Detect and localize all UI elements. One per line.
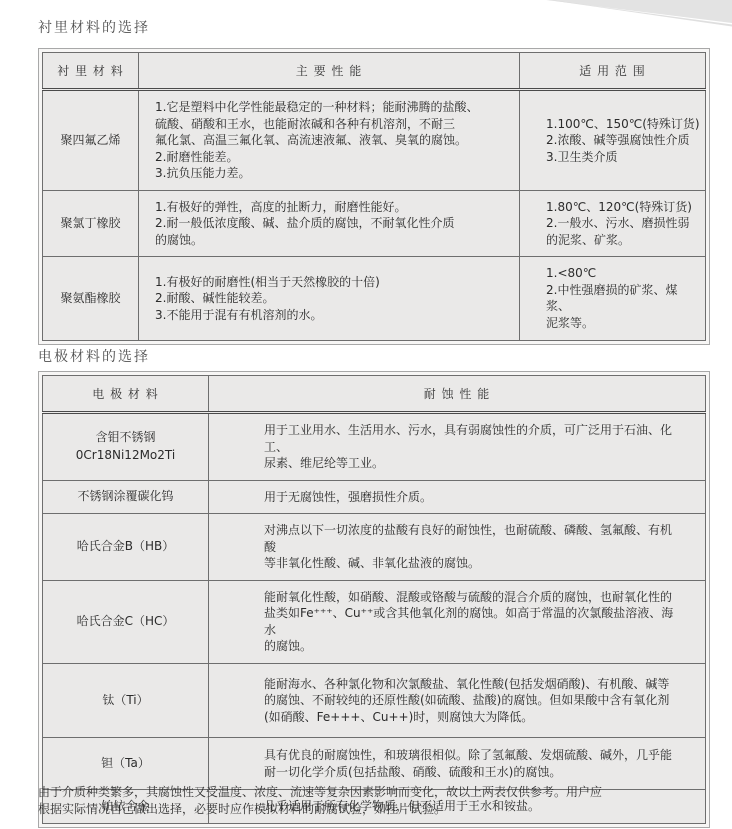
- material-name-cell: 聚氯丁橡胶: [43, 190, 139, 257]
- performance-cell: 具有优良的耐腐蚀性，和玻璃很相似。除了氢氟酸、发烟硫酸、碱外，几乎能 耐一切化学…: [209, 738, 706, 790]
- column-header-lining-material: 衬 里 材 料: [43, 53, 139, 90]
- performance-cell: 用于工业用水、生活用水、污水，具有弱腐蚀性的介质，可广泛用于石油、化工、 尿素、…: [209, 413, 706, 481]
- table-row: 聚氯丁橡胶 1.有极好的弹性，高度的扯断力，耐磨性能好。 2.耐一般低浓度酸、碱…: [43, 190, 706, 257]
- lining-section-title: 衬里材料的选择: [38, 17, 150, 37]
- column-header-corrosion-resistance: 耐 蚀 性 能: [209, 376, 706, 413]
- table-row: 不锈钢涂覆碳化钨 用于无腐蚀性，强磨损性介质。: [43, 480, 706, 514]
- scope-cell: 1.100℃、150℃(特殊订货) 2.浓酸、碱等强腐蚀性介质 3.卫生类介质: [520, 90, 706, 191]
- column-header-application-scope: 适 用 范 围: [520, 53, 706, 90]
- electrode-materials-table: 电 极 材 料 耐 蚀 性 能 含钼不锈钢 0Cr18Ni12Mo2Ti 用于工…: [38, 371, 710, 828]
- electrode-section-title: 电极材料的选择: [38, 346, 150, 366]
- properties-cell: 1.它是塑料中化学性能最稳定的一种材料；能耐沸腾的盐酸、 硫酸、硝酸和王水，也能…: [139, 90, 520, 191]
- lining-materials-table: 衬 里 材 料 主 要 性 能 适 用 范 围 聚四氟乙烯 1.它是塑料中化学性…: [38, 48, 710, 345]
- material-name-cell: 聚四氟乙烯: [43, 90, 139, 191]
- table-row: 钽（Ta） 具有优良的耐腐蚀性，和玻璃很相似。除了氢氟酸、发烟硫酸、碱外，几乎能…: [43, 738, 706, 790]
- properties-cell: 1.有极好的耐磨性(相当于天然橡胶的十倍) 2.耐酸、碱性能较差。 3.不能用于…: [139, 257, 520, 340]
- table-header-row: 电 极 材 料 耐 蚀 性 能: [43, 376, 706, 413]
- footer-note: 由于介质种类繁多，其腐蚀性又受温度、浓度、流速等复杂因素影响而变化，故以上两表仅…: [38, 784, 698, 818]
- scope-cell: 1.80℃、120℃(特殊订货) 2.一般水、污水、磨损性弱 的泥浆、矿浆。: [520, 190, 706, 257]
- material-name-cell: 含钼不锈钢 0Cr18Ni12Mo2Ti: [43, 413, 209, 481]
- properties-cell: 1.有极好的弹性，高度的扯断力，耐磨性能好。 2.耐一般低浓度酸、碱、盐介质的腐…: [139, 190, 520, 257]
- page-corner-scan-artifact: [546, 0, 732, 32]
- performance-cell: 对沸点以下一切浓度的盐酸有良好的耐蚀性，也耐硫酸、磷酸、氢氟酸、有机酸 等非氧化…: [209, 514, 706, 581]
- material-name-cell: 钽（Ta）: [43, 738, 209, 790]
- table-row: 哈氏合金B（HB） 对沸点以下一切浓度的盐酸有良好的耐蚀性，也耐硫酸、磷酸、氢氟…: [43, 514, 706, 581]
- scope-cell: 1.<80℃ 2.中性强磨损的矿浆、煤浆、 泥浆等。: [520, 257, 706, 340]
- material-name-cell: 哈氏合金B（HB）: [43, 514, 209, 581]
- table-row: 含钼不锈钢 0Cr18Ni12Mo2Ti 用于工业用水、生活用水、污水，具有弱腐…: [43, 413, 706, 481]
- material-name-cell: 钛（Ti）: [43, 664, 209, 738]
- material-name-cell: 不锈钢涂覆碳化钨: [43, 480, 209, 514]
- column-header-main-properties: 主 要 性 能: [139, 53, 520, 90]
- table-row: 钛（Ti） 能耐海水、各种氯化物和次氯酸盐、氧化性酸(包括发烟硝酸)、有机酸、碱…: [43, 664, 706, 738]
- performance-cell: 用于无腐蚀性，强磨损性介质。: [209, 480, 706, 514]
- column-header-electrode-material: 电 极 材 料: [43, 376, 209, 413]
- table-row: 哈氏合金C（HC） 能耐氧化性酸，如硝酸、混酸或铬酸与硫酸的混合介质的腐蚀，也耐…: [43, 580, 706, 663]
- table-header-row: 衬 里 材 料 主 要 性 能 适 用 范 围: [43, 53, 706, 90]
- performance-cell: 能耐氧化性酸，如硝酸、混酸或铬酸与硫酸的混合介质的腐蚀，也耐氧化性的 盐类如Fe…: [209, 580, 706, 663]
- material-name-cell: 聚氨酯橡胶: [43, 257, 139, 340]
- table-row: 聚四氟乙烯 1.它是塑料中化学性能最稳定的一种材料；能耐沸腾的盐酸、 硫酸、硝酸…: [43, 90, 706, 191]
- performance-cell: 能耐海水、各种氯化物和次氯酸盐、氧化性酸(包括发烟硝酸)、有机酸、碱等 的腐蚀、…: [209, 664, 706, 738]
- material-name-cell: 哈氏合金C（HC）: [43, 580, 209, 663]
- table-row: 聚氨酯橡胶 1.有极好的耐磨性(相当于天然橡胶的十倍) 2.耐酸、碱性能较差。 …: [43, 257, 706, 340]
